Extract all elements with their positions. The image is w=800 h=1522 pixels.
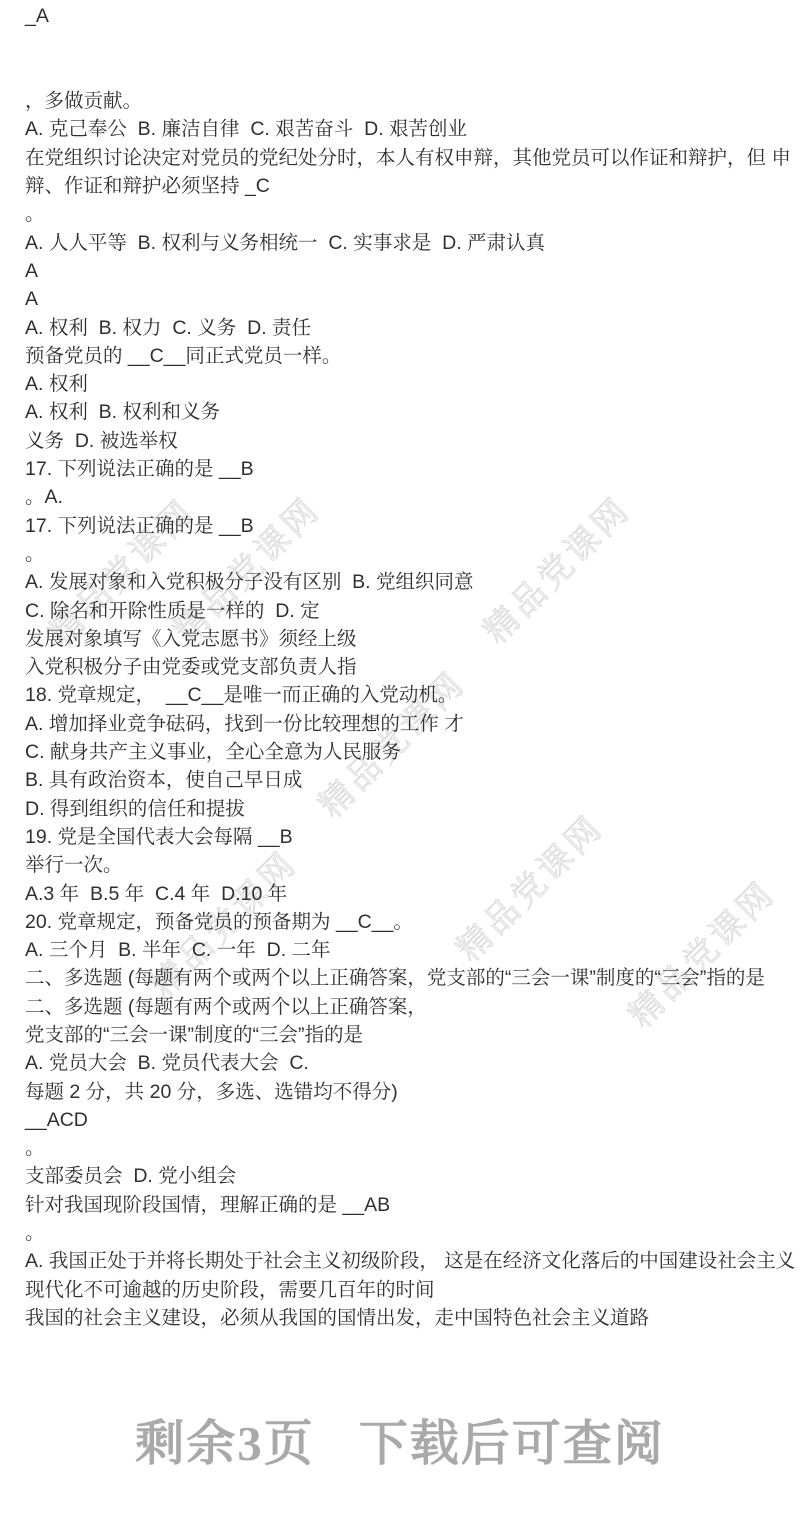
text-line: 。 bbox=[25, 200, 785, 228]
text-line: A. 人人平等 B. 权利与义务相统一 C. 实事求是 D. 严肃认真 bbox=[25, 229, 785, 257]
text-line: _A bbox=[25, 2, 785, 30]
text-line: 针对我国现阶段国情，理解正确的是 __AB bbox=[25, 1191, 785, 1219]
remaining-pages-label: 剩余3页 bbox=[135, 1405, 315, 1475]
text-line: B. 具有政治资本，使自己早日成 bbox=[25, 766, 785, 794]
text-line: C. 除名和开除性质是一样的 D. 定 bbox=[25, 597, 785, 625]
text-line: 现代化不可逾越的历史阶段，需要几百年的时间 bbox=[25, 1276, 785, 1304]
text-line: 党支部的“三会一课”制度的“三会”指的是 bbox=[25, 1021, 785, 1049]
text-line: 辩、作证和辩护必须坚持 _C bbox=[25, 172, 785, 200]
text-line: 二、多选题 (每题有两个或两个以上正确答案，党支部的“三会一课”制度的“三会”指… bbox=[25, 964, 785, 992]
text-line: 义务 D. 被选举权 bbox=[25, 427, 785, 455]
text-line: 在党组织讨论决定对党员的党纪处分时，本人有权申辩，其他党员可以作证和辩护，但 申 bbox=[25, 144, 785, 172]
text-line: A. 党员大会 B. 党员代表大会 C. bbox=[25, 1049, 785, 1077]
text-line: __ACD bbox=[25, 1106, 785, 1134]
text-line: 。A. bbox=[25, 483, 785, 511]
text-line: 19. 党是全国代表大会每隔 __B bbox=[25, 823, 785, 851]
text-line: 举行一次。 bbox=[25, 851, 785, 879]
document-text: 定的积极分子，经过一年以上的培养教育和考察，在广泛听取党内外群众意见的基础上_A… bbox=[25, 0, 785, 1332]
text-line bbox=[25, 31, 785, 59]
text-line: 每题 2 分，共 20 分，多选、选错均不得分) bbox=[25, 1078, 785, 1106]
text-line: A. 我国正处于并将长期处于社会主义初级阶段， 这是在经济文化落后的中国建设社会… bbox=[25, 1247, 785, 1275]
text-line: A. 权利 bbox=[25, 370, 785, 398]
text-line: A. 权利 B. 权利和义务 bbox=[25, 398, 785, 426]
text-line: A. 克己奉公 B. 廉洁自律 C. 艰苦奋斗 D. 艰苦创业 bbox=[25, 115, 785, 143]
text-line: 17. 下列说法正确的是 __B bbox=[25, 455, 785, 483]
text-line: A. 增加择业竞争砝码，找到一份比较理想的工作 才 bbox=[25, 710, 785, 738]
document-page: 精品党课网精品党课网精品党课网精品党课网精品党课网精品党课网精品党课网 定的积极… bbox=[0, 0, 800, 1522]
text-line: A. 发展对象和入党积极分子没有区别 B. 党组织同意 bbox=[25, 568, 785, 596]
text-line: 。 bbox=[25, 540, 785, 568]
download-to-view-label: 下载后可查阅 bbox=[359, 1405, 665, 1475]
text-line: 17. 下列说法正确的是 __B bbox=[25, 512, 785, 540]
text-line: 入党积极分子由党委或党支部负责人指 bbox=[25, 653, 785, 681]
text-line: A.3 年 B.5 年 C.4 年 D.10 年 bbox=[25, 880, 785, 908]
text-line: 预备党员的 __C__同正式党员一样。 bbox=[25, 342, 785, 370]
text-line: A. 三个月 B. 半年 C. 一年 D. 二年 bbox=[25, 936, 785, 964]
text-line: D. 得到组织的信任和提拔 bbox=[25, 795, 785, 823]
text-line: 发展对象填写《入党志愿书》须经上级 bbox=[25, 625, 785, 653]
text-line: A bbox=[25, 257, 785, 285]
text-line: A. 权利 B. 权力 C. 义务 D. 责任 bbox=[25, 314, 785, 342]
text-line: C. 献身共产主义事业，全心全意为人民服务 bbox=[25, 738, 785, 766]
text-line: 20. 党章规定，预备党员的预备期为 __C__。 bbox=[25, 908, 785, 936]
text-line: 定的积极分子，经过一年以上的培养教育和考察，在广泛听取党内外群众意见的基础上 bbox=[25, 0, 785, 2]
text-line: 。 bbox=[25, 1219, 785, 1247]
text-line: ，多做贡献。 bbox=[25, 87, 785, 115]
text-line: 18. 党章规定， __C__是唯一而正确的入党动机。 bbox=[25, 681, 785, 709]
text-line: 我国的社会主义建设，必须从我国的国情出发，走中国特色社会主义道路 bbox=[25, 1304, 785, 1332]
text-line: 。 bbox=[25, 1134, 785, 1162]
text-line bbox=[25, 59, 785, 87]
text-line: A bbox=[25, 285, 785, 313]
text-line: 支部委员会 D. 党小组会 bbox=[25, 1162, 785, 1190]
text-line: 二、多选题 (每题有两个或两个以上正确答案， bbox=[25, 993, 785, 1021]
pagination-notice: 剩余3页 下载后可查阅 bbox=[0, 1405, 800, 1475]
